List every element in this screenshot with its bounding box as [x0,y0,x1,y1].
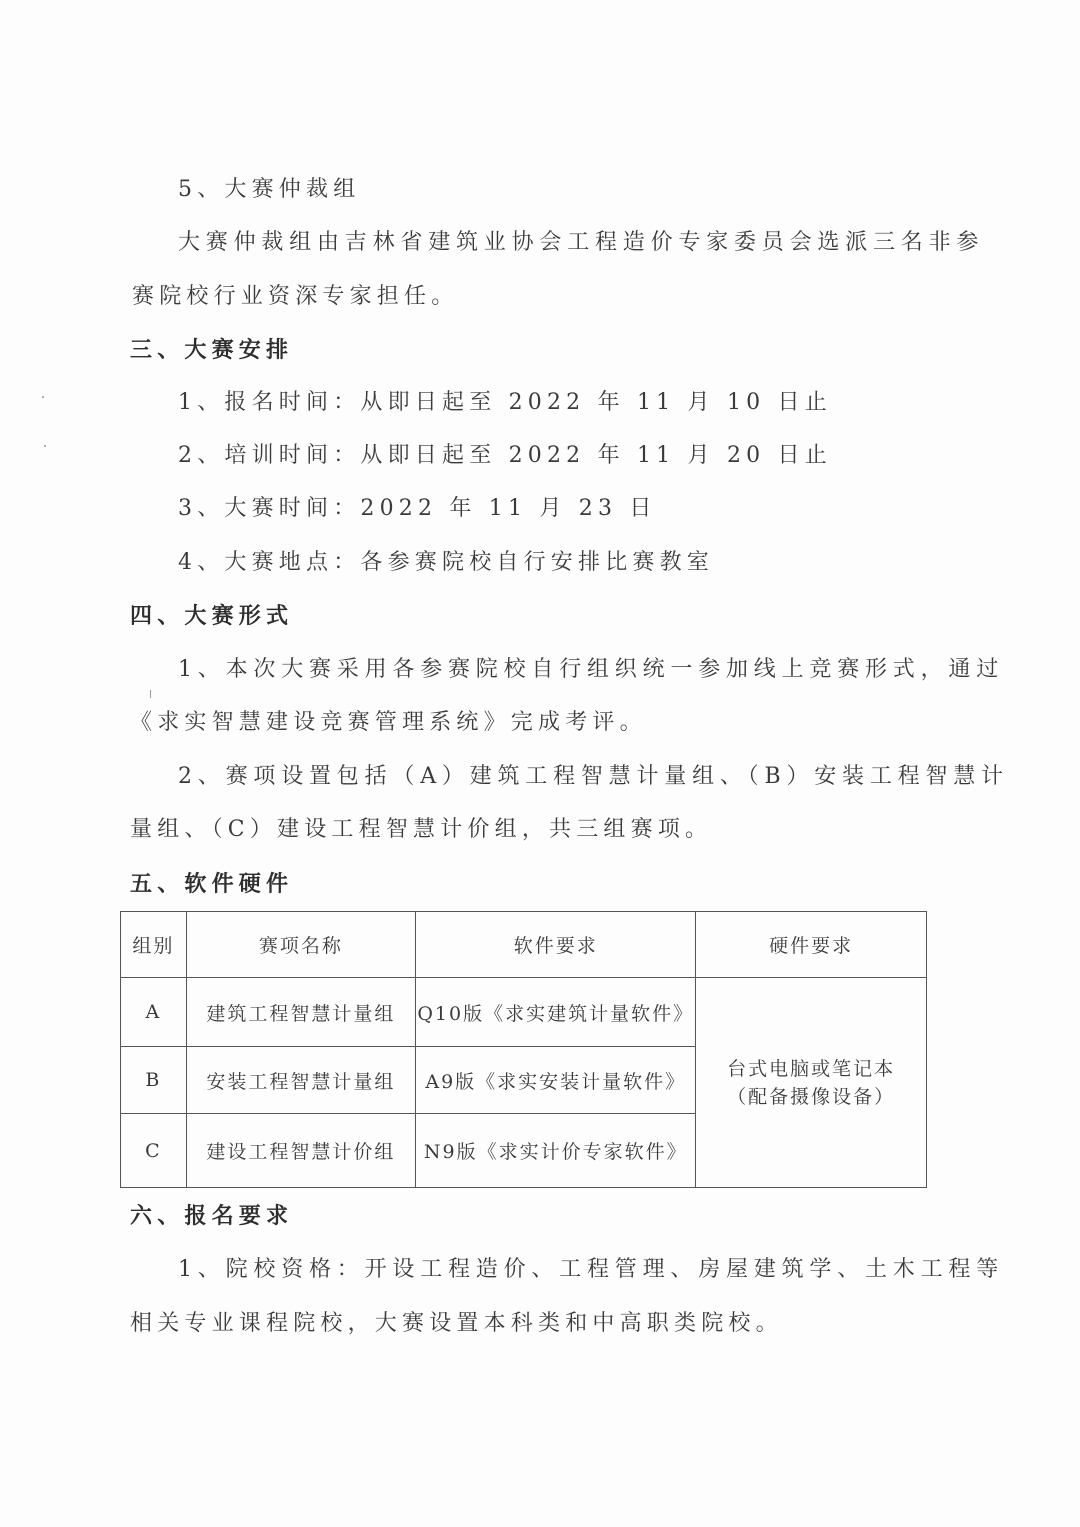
header-group: 组别 [121,912,187,978]
cell-hardware: 台式电脑或笔记本 （配备摄像设备） [696,978,927,1188]
format-item2-line2: 量组、（C）建设工程智慧计价组，共三组赛项。 [130,815,712,845]
table-row: A 建筑工程智慧计量组 Q10版《求实建筑计量软件》 台式电脑或笔记本 （配备摄… [121,978,927,1047]
header-software: 软件要求 [416,912,696,978]
schedule-item-4: 4、大赛地点：各参赛院校自行安排比赛教室 [178,548,714,578]
requirements-item1-line1: 1、院校资格：开设工程造价、工程管理、房屋建筑学、土木工程等 [178,1255,1004,1285]
schedule-item-1: 1、报名时间：从即日起至 2022 年 11 月 10 日止 [178,388,832,418]
table-header-row: 组别 赛项名称 软件要求 硬件要求 [121,912,927,978]
arbitration-body-line1: 大赛仲裁组由吉林省建筑业协会工程造价专家委员会选派三名非参 [178,228,984,258]
header-event-name: 赛项名称 [186,912,415,978]
cell-event-name: 建设工程智慧计价组 [186,1114,415,1188]
cell-event-name: 建筑工程智慧计量组 [186,978,415,1047]
cell-group: B [121,1047,187,1114]
format-item2-line1: 2、赛项设置包括（A）建筑工程智慧计量组、（B）安装工程智慧计 [178,762,1009,792]
section-4-heading: 四、大赛形式 [130,601,293,631]
arbitration-title: 5、大赛仲裁组 [178,175,360,205]
cell-group: A [121,978,187,1047]
cell-software: N9版《求实计价专家软件》 [416,1114,696,1188]
requirements-item1-line2: 相关专业课程院校，大赛设置本科类和中高职类院校。 [130,1309,783,1339]
section-6-heading: 六、报名要求 [130,1201,293,1231]
software-hardware-table: 组别 赛项名称 软件要求 硬件要求 A 建筑工程智慧计量组 Q10版《求实建筑计… [120,911,927,1188]
scan-speck [42,396,44,398]
cell-event-name: 安装工程智慧计量组 [186,1047,415,1114]
cell-group: C [121,1114,187,1188]
cell-software: Q10版《求实建筑计量软件》 [416,978,696,1047]
hardware-line1: 台式电脑或笔记本 [696,1055,926,1083]
hardware-line2: （配备摄像设备） [696,1083,926,1111]
section-3-heading: 三、大赛安排 [130,335,293,365]
scan-speck [150,690,151,698]
cell-software: A9版《求实安装计量软件》 [416,1047,696,1114]
schedule-item-3: 3、大赛时间：2022 年 11 月 23 日 [178,494,657,524]
arbitration-body-line2: 赛院校行业资深专家担任。 [132,282,458,312]
header-hardware: 硬件要求 [696,912,927,978]
scan-speck [44,445,46,447]
format-item1-line1: 1、本次大赛采用各参赛院校自行组织统一参加线上竞赛形式，通过 [178,655,1004,685]
section-5-heading: 五、软件硬件 [130,869,293,899]
schedule-item-2: 2、培训时间：从即日起至 2022 年 11 月 20 日止 [178,441,832,471]
document-page: 5、大赛仲裁组 大赛仲裁组由吉林省建筑业协会工程造价专家委员会选派三名非参 赛院… [0,0,1080,1527]
format-item1-line2: 《求实智慧建设竞赛管理系统》完成考评。 [130,708,647,738]
